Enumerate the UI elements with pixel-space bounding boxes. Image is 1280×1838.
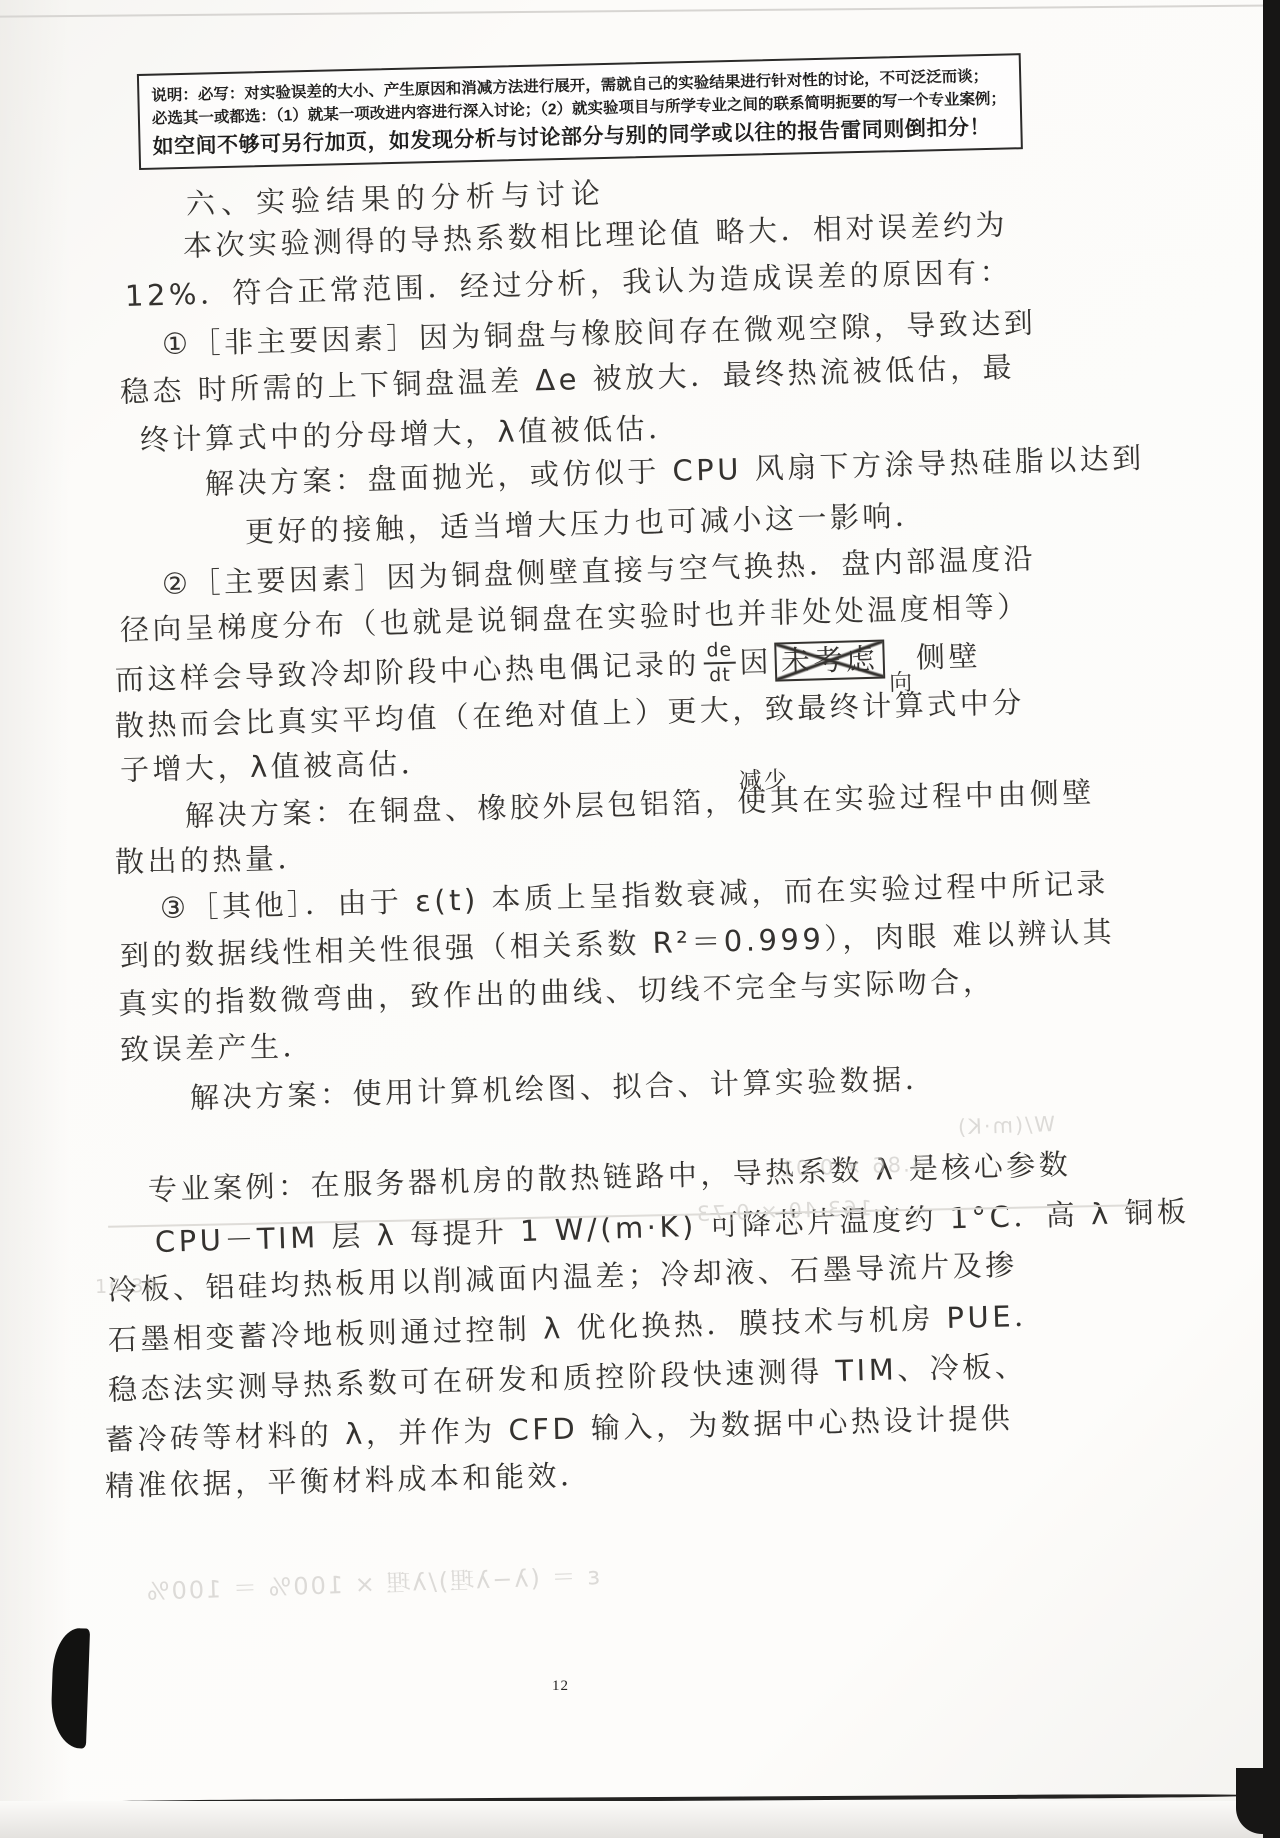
handwritten-line: 解决方案：使用计算机绘图、拟合、计算实验数据． <box>190 1060 938 1116</box>
derivative-fraction: dedt <box>703 641 736 686</box>
handwritten-line: 更好的接触，适当增大压力也可减小这一影响． <box>245 497 928 550</box>
scan-edge-right <box>1263 0 1280 1838</box>
crossed-out-text: 未考虑 <box>774 640 885 682</box>
inserted-correction: 减少 <box>738 766 789 796</box>
handwritten-line: 蓄冷砖等材料的 λ，并作为 CFD 输入，为数据中心热设计提供 <box>105 1400 1014 1458</box>
handwritten-line: 稳态法实测导热系数可在研发和质控阶段快速测得 TIM、冷板、 <box>108 1348 1028 1408</box>
handwritten-line: 终计算式中的分母增大，λ值被低估． <box>140 410 681 459</box>
section-title: 六、实验结果的分析与讨论 <box>185 171 606 223</box>
scan-shadow-left <box>0 0 70 1838</box>
handwritten-line: 子增大，λ值被高估． <box>120 745 434 788</box>
bleed-through-text: 16.38 <box>95 1275 160 1298</box>
handwritten-line: 精准依据，平衡材料成本和能效． <box>105 1457 593 1504</box>
bleed-through-text: ε ＝ (λ−λ理)/λ理 × 100% ＝ 100% <box>144 1556 601 1607</box>
scan-edge-top <box>0 4 1280 17</box>
bleed-through-text: 3.86 × 0.01 <box>778 1152 925 1181</box>
handwritten-line: 石墨相变蓄冷地板则通过控制 λ 优化换热．膜技术与机房 PUE． <box>108 1297 1047 1358</box>
handwritten-line: 专业案例：在服务器机房的散热链路中，导热系数 λ 是核心参数 <box>147 1146 1071 1208</box>
handwritten-line: 致误差产生． <box>120 1028 316 1068</box>
scanned-page: 说明：必写：对实验误差的大小、产生原因和消减方法进行展开，需就自己的实验结果进行… <box>0 0 1280 1838</box>
handwritten-line: 散出的热量． <box>115 840 311 880</box>
page-number: 12 <box>552 1678 569 1695</box>
bleed-through-text: W/(m·K) <box>956 1112 1056 1139</box>
notice-box: 说明：必写：对实验误差的大小、产生原因和消减方法进行展开，需就自己的实验结果进行… <box>137 53 1023 170</box>
handwritten-line: 真实的指数微弯曲，致作出的曲线、切线不完全与实际吻合， <box>118 963 996 1022</box>
scan-bottom-band <box>0 1801 1263 1838</box>
handwritten-line: 12%．符合正常范围．经过分析，我认为造成误差的原因有： <box>124 253 1012 314</box>
